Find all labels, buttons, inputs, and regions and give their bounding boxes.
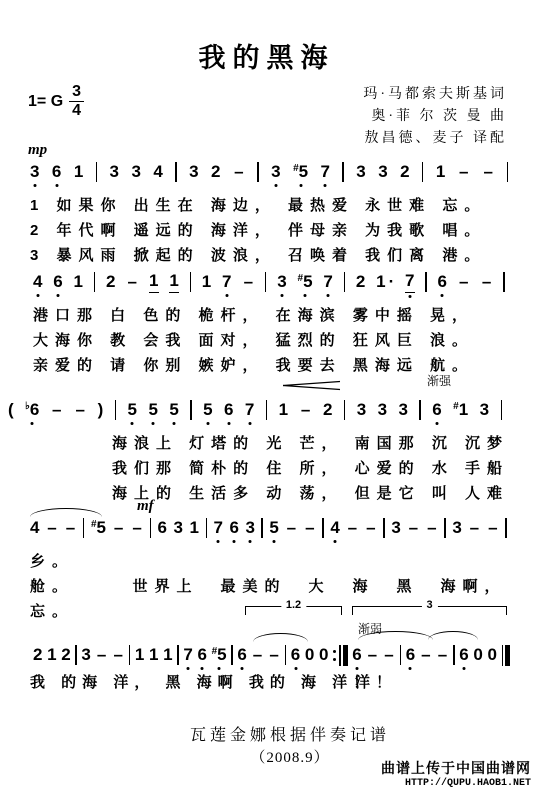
note-number: 1 bbox=[436, 162, 445, 182]
watermark-site-url: HTTP://QUPU.HAOB1.NET bbox=[381, 778, 531, 789]
barline bbox=[150, 518, 151, 538]
note-number: 6 bbox=[237, 645, 246, 665]
note: 3 bbox=[452, 518, 461, 538]
note-number: 1 bbox=[74, 272, 83, 292]
note-number: 3 bbox=[245, 518, 254, 538]
barline bbox=[507, 162, 508, 182]
note: 1 bbox=[74, 162, 83, 182]
lyrics-block: 港口那 白 色的 桅杆， 在海滨 雾中摇 晃，大海你 教 会我 面对， 猛烈的 … bbox=[33, 303, 505, 378]
note-number: 4 bbox=[33, 272, 42, 292]
barline bbox=[129, 645, 130, 665]
note: 4 bbox=[153, 162, 162, 182]
note: #5 bbox=[293, 162, 308, 182]
note-number: 5 bbox=[128, 400, 137, 420]
note: 6 bbox=[229, 518, 238, 538]
duration-dash: – bbox=[366, 645, 378, 665]
lyric-line: 1 如果你 出生在 海边， 最热爱 永世难 忘。 bbox=[30, 193, 508, 218]
barline bbox=[257, 162, 258, 182]
duration-dash: – bbox=[407, 518, 419, 538]
slur bbox=[428, 631, 478, 640]
note: 3 bbox=[30, 162, 39, 182]
note: 5 bbox=[148, 400, 157, 420]
repeat-barline-thick bbox=[343, 645, 348, 666]
duration-dash: – bbox=[112, 645, 124, 665]
notation-line: (♭6––)5555671–23336#13 bbox=[8, 396, 502, 424]
note-number: 2 bbox=[33, 645, 42, 665]
note-number: 5 bbox=[299, 162, 308, 182]
duration-dash: – bbox=[65, 518, 77, 538]
note: 3 bbox=[356, 162, 365, 182]
note-number: 4 bbox=[30, 518, 39, 538]
note-number: 3 bbox=[378, 400, 387, 420]
barline bbox=[285, 645, 286, 665]
lyric-line: 乡。 bbox=[30, 549, 507, 574]
note-number: 2 bbox=[211, 162, 220, 182]
note-number: 2 bbox=[323, 400, 332, 420]
note: 6 bbox=[352, 645, 361, 665]
dynamic-mp: mp bbox=[28, 142, 47, 159]
parenthesis: ( bbox=[8, 400, 14, 420]
duration-dash: – bbox=[487, 518, 499, 538]
notation-line: 36133432–3#573321–– bbox=[30, 158, 508, 186]
note-number: 1 bbox=[376, 272, 385, 292]
lyric-line: 舱。 世界上 最美的 大 海 黑 海啊， bbox=[30, 574, 507, 599]
note: 0 bbox=[473, 645, 482, 665]
notation-system-1: 36133432–3#573321–– 1 如果你 出生在 海边， 最热爱 永世… bbox=[30, 158, 508, 268]
barline bbox=[266, 400, 267, 420]
note-number: 7 bbox=[323, 272, 332, 292]
note-number: 3 bbox=[356, 162, 365, 182]
note: 0 bbox=[305, 645, 314, 665]
barline bbox=[177, 645, 178, 665]
barline bbox=[453, 645, 454, 665]
note: 0 bbox=[319, 645, 328, 665]
duration-dash: – bbox=[436, 645, 448, 665]
note-number: 7 bbox=[222, 272, 231, 292]
note: 6 bbox=[406, 645, 415, 665]
notation-system-3: (♭6––)5555671–23336#13 海浪上 灯塔的 光 芒， 南国那 … bbox=[8, 396, 502, 506]
duration-dash: – bbox=[251, 645, 263, 665]
barline bbox=[83, 518, 84, 538]
note-number: 2 bbox=[61, 645, 70, 665]
note: #1 bbox=[453, 400, 468, 420]
translator-credit: 敖昌德、麦子 译配 bbox=[363, 128, 507, 150]
note: 2 bbox=[356, 272, 365, 292]
barline bbox=[265, 272, 266, 292]
note-number: 6 bbox=[352, 645, 361, 665]
duration-dash: – bbox=[300, 400, 312, 420]
note-number: 6 bbox=[406, 645, 415, 665]
note: 7 bbox=[405, 271, 414, 293]
note-number: 2 bbox=[356, 272, 365, 292]
note: 3 bbox=[271, 162, 280, 182]
volta-label: 1.2 bbox=[281, 599, 306, 611]
barline bbox=[342, 162, 343, 182]
note-number: 5 bbox=[169, 400, 178, 420]
note: 0 bbox=[487, 645, 496, 665]
note-number: 1 bbox=[149, 645, 158, 665]
lyric-line: 大海你 教 会我 面对， 猛烈的 狂风巨 浪。 bbox=[33, 328, 505, 353]
duration-dash: – bbox=[46, 518, 58, 538]
note-number: 1 bbox=[135, 645, 144, 665]
note-number: 3 bbox=[277, 272, 286, 292]
note: 6 bbox=[53, 272, 62, 292]
note: 6 bbox=[432, 400, 441, 420]
note-number: 5 bbox=[148, 400, 157, 420]
note: 7 bbox=[222, 272, 231, 292]
lyric-line-ending: 洋！ bbox=[355, 671, 397, 692]
lyrics-block: 海浪上 灯塔的 光 芒， 南国那 沉 沉梦我们那 简朴的 住 所， 心爱的 水 … bbox=[112, 431, 502, 506]
note-number: 7 bbox=[213, 518, 222, 538]
lyric-line: 港口那 白 色的 桅杆， 在海滨 雾中摇 晃， bbox=[33, 303, 505, 328]
note: 7 bbox=[245, 400, 254, 420]
note: 6 bbox=[291, 645, 300, 665]
note-number: 7 bbox=[405, 271, 414, 293]
note-number: 6 bbox=[224, 400, 233, 420]
duration-dash: – bbox=[304, 518, 316, 538]
duration-dash: – bbox=[113, 518, 125, 538]
note-number: 5 bbox=[269, 518, 278, 538]
note-number: 3 bbox=[189, 162, 198, 182]
note: 1 bbox=[135, 645, 144, 665]
note: 6 bbox=[459, 645, 468, 665]
barline bbox=[190, 272, 191, 292]
note-number: 3 bbox=[30, 162, 39, 182]
note: 6 bbox=[237, 645, 246, 665]
note: 1 bbox=[169, 271, 178, 293]
duration-dash: – bbox=[481, 272, 493, 292]
barline bbox=[94, 272, 95, 292]
note: 2 bbox=[106, 272, 115, 292]
crescendo-hairpin-icon bbox=[283, 380, 341, 391]
note: 7 bbox=[183, 645, 192, 665]
note-number: 5 bbox=[203, 400, 212, 420]
note: 3 bbox=[110, 162, 119, 182]
barline bbox=[175, 162, 176, 182]
barline bbox=[190, 400, 191, 420]
note-number: 7 bbox=[245, 400, 254, 420]
note-number: 3 bbox=[271, 162, 280, 182]
note: 4 bbox=[30, 518, 39, 538]
note-number: 0 bbox=[487, 645, 496, 665]
note-number: 4 bbox=[153, 162, 162, 182]
duration-dash: – bbox=[242, 272, 254, 292]
barline bbox=[503, 272, 504, 292]
note-number: 4 bbox=[330, 518, 339, 538]
barline bbox=[231, 645, 232, 665]
note: 3 bbox=[131, 162, 140, 182]
sheet-music-page: 我的黑海 1= G 3 4 玛·马都索夫斯基词 奥·菲 尔 茨 曼 曲 敖昌德、… bbox=[0, 0, 533, 791]
note: 2 bbox=[61, 645, 70, 665]
note: 6 bbox=[224, 400, 233, 420]
notation-line: 2123––11176#56––6006––6––600 bbox=[33, 641, 510, 669]
note: 4 bbox=[330, 518, 339, 538]
note: 4 bbox=[33, 272, 42, 292]
note-number: 3 bbox=[110, 162, 119, 182]
sharp-icon: # bbox=[293, 163, 299, 174]
note-number: 1 bbox=[202, 272, 211, 292]
note-number: 1 bbox=[190, 518, 199, 538]
sharp-icon: # bbox=[453, 401, 459, 412]
note-number: 1 bbox=[47, 645, 56, 665]
note-number: 6 bbox=[30, 400, 39, 420]
meter-denominator: 4 bbox=[69, 102, 84, 119]
duration-dash: – bbox=[426, 518, 438, 538]
barline bbox=[400, 645, 401, 665]
lyric-line: 海上的 生活多 动 荡， 但是它 叫 人难 bbox=[112, 481, 502, 506]
note: 3 bbox=[277, 272, 286, 292]
sharp-icon: # bbox=[212, 646, 218, 657]
note: 7 bbox=[213, 518, 222, 538]
duration-dash: – bbox=[285, 518, 297, 538]
notation-system-2: 4612–1117–3#5721·76–– 港口那 白 色的 桅杆， 在海滨 雾… bbox=[33, 268, 505, 378]
parenthesis: ) bbox=[98, 400, 104, 420]
note: 5 bbox=[169, 400, 178, 420]
barline bbox=[505, 518, 506, 538]
barline bbox=[96, 162, 97, 182]
note: 6 bbox=[158, 518, 167, 538]
duration-dash: – bbox=[383, 645, 395, 665]
note: 1 bbox=[163, 645, 172, 665]
barline bbox=[75, 645, 76, 665]
note-number: 0 bbox=[305, 645, 314, 665]
duration-dash: – bbox=[126, 272, 138, 292]
note-number: 2 bbox=[106, 272, 115, 292]
repeat-barline-thin bbox=[339, 645, 340, 666]
note-number: 3 bbox=[81, 645, 90, 665]
note-number: 5 bbox=[97, 518, 106, 538]
note: 5 bbox=[269, 518, 278, 538]
duration-dash: – bbox=[233, 162, 245, 182]
augmentation-dot: · bbox=[389, 272, 395, 292]
note-number: 1 bbox=[74, 162, 83, 182]
note: ♭6 bbox=[25, 400, 39, 420]
repeat-dots bbox=[333, 650, 336, 661]
repeat-barline bbox=[333, 645, 347, 666]
note: 7 bbox=[323, 272, 332, 292]
barline bbox=[206, 518, 207, 538]
time-signature: 3 4 bbox=[69, 84, 84, 119]
transcription-note: 瓦莲金娜根据伴奏记谱 bbox=[150, 722, 430, 745]
duration-dash: – bbox=[96, 645, 108, 665]
note: #5 bbox=[91, 518, 106, 538]
note: 3 bbox=[378, 400, 387, 420]
duration-dash: – bbox=[458, 272, 470, 292]
note-number: 6 bbox=[158, 518, 167, 538]
duration-dash: – bbox=[346, 518, 358, 538]
sharp-icon: # bbox=[298, 273, 304, 284]
note-number: 6 bbox=[437, 272, 446, 292]
note-number: 1 bbox=[169, 271, 178, 293]
barline bbox=[422, 162, 423, 182]
duration-dash: – bbox=[131, 518, 143, 538]
note-number: 6 bbox=[291, 645, 300, 665]
barline bbox=[444, 518, 445, 538]
note: 5 bbox=[128, 400, 137, 420]
duration-dash: – bbox=[482, 162, 494, 182]
note: #5 bbox=[212, 645, 227, 665]
final-barline bbox=[502, 645, 510, 666]
key-prefix: 1= G bbox=[28, 93, 63, 111]
song-title: 我的黑海 bbox=[0, 36, 533, 75]
note-number: 3 bbox=[391, 518, 400, 538]
note-number: 1 bbox=[149, 271, 158, 293]
note: 6 bbox=[52, 162, 61, 182]
barline bbox=[115, 400, 116, 420]
note: 5 bbox=[203, 400, 212, 420]
final-barline-thick bbox=[505, 645, 510, 666]
volta-label: 3 bbox=[421, 599, 437, 611]
note: #5 bbox=[298, 272, 313, 292]
note: 1 bbox=[436, 162, 445, 182]
note-number: 0 bbox=[473, 645, 482, 665]
note: 3 bbox=[399, 400, 408, 420]
note: 3 bbox=[480, 400, 489, 420]
note-number: 3 bbox=[378, 162, 387, 182]
credits: 玛·马都索夫斯基词 奥·菲 尔 茨 曼 曲 敖昌德、麦子 译配 bbox=[363, 84, 507, 150]
duration-dash: – bbox=[365, 518, 377, 538]
note-number: 6 bbox=[197, 645, 206, 665]
lyric-line: 亲爱的 请 你别 嫉妒， 我要去 黑海远 航。 bbox=[33, 353, 505, 378]
barline bbox=[344, 272, 345, 292]
note: 1 bbox=[47, 645, 56, 665]
note: 2 bbox=[211, 162, 220, 182]
note-number: 6 bbox=[459, 645, 468, 665]
duration-dash: – bbox=[420, 645, 432, 665]
note: 2 bbox=[323, 400, 332, 420]
note-number: 1 bbox=[459, 400, 468, 420]
watermark: 曲谱上传于中国曲谱网 HTTP://QUPU.HAOB1.NET bbox=[381, 758, 531, 789]
final-barline-thin bbox=[502, 645, 503, 666]
note: 7 bbox=[321, 162, 330, 182]
note-number: 3 bbox=[480, 400, 489, 420]
note: 1 bbox=[149, 645, 158, 665]
note-number: 6 bbox=[52, 162, 61, 182]
note: 3 bbox=[189, 162, 198, 182]
barline bbox=[383, 518, 384, 538]
note: 1 bbox=[279, 400, 288, 420]
note-number: 3 bbox=[452, 518, 461, 538]
barline bbox=[322, 518, 323, 538]
note-number: 0 bbox=[319, 645, 328, 665]
note-number: 6 bbox=[432, 400, 441, 420]
watermark-site-name: 曲谱上传于中国曲谱网 bbox=[381, 758, 531, 778]
lyric-line: 我们那 简朴的 住 所， 心爱的 水 手船 bbox=[112, 456, 502, 481]
sharp-icon: # bbox=[91, 519, 97, 530]
note: 1 bbox=[202, 272, 211, 292]
lyric-line: 海浪上 灯塔的 光 芒， 南国那 沉 沉梦 bbox=[112, 431, 502, 456]
note: 3 bbox=[174, 518, 183, 538]
notation-line: 4––#5––6317635––4––3––3–– bbox=[30, 514, 507, 542]
volta-bracket-1-2: 1.2 bbox=[245, 606, 342, 615]
note: 1· bbox=[376, 272, 394, 292]
barline bbox=[425, 272, 426, 292]
note: 6 bbox=[437, 272, 446, 292]
note: 6 bbox=[197, 645, 206, 665]
note-number: 1 bbox=[279, 400, 288, 420]
barline bbox=[419, 400, 420, 420]
note-number: 5 bbox=[217, 645, 226, 665]
barline bbox=[261, 518, 262, 538]
note-number: 6 bbox=[229, 518, 238, 538]
lyric-line: 我 的海 洋， 黑 海啊 我的 海 洋！ bbox=[30, 671, 374, 692]
duration-dash: – bbox=[268, 645, 280, 665]
note: 3 bbox=[357, 400, 366, 420]
meter-numerator: 3 bbox=[69, 84, 84, 102]
note-number: 7 bbox=[321, 162, 330, 182]
note: 3 bbox=[81, 645, 90, 665]
note-number: 3 bbox=[357, 400, 366, 420]
duration-dash: – bbox=[468, 518, 480, 538]
note: 3 bbox=[245, 518, 254, 538]
duration-dash: – bbox=[51, 400, 63, 420]
note: 2 bbox=[33, 645, 42, 665]
lyric-line: 2 年代啊 遥远的 海洋， 伴母亲 为我歌 唱。 bbox=[30, 218, 508, 243]
barline bbox=[344, 400, 345, 420]
note: 3 bbox=[378, 162, 387, 182]
lyricist-credit: 玛·马都索夫斯基词 bbox=[363, 84, 507, 106]
lyrics-block: 1 如果你 出生在 海边， 最热爱 永世难 忘。2 年代啊 遥远的 海洋， 伴母… bbox=[30, 193, 508, 268]
duration-dash: – bbox=[458, 162, 470, 182]
key-signature: 1= G 3 4 bbox=[28, 84, 84, 119]
note-number: 3 bbox=[399, 400, 408, 420]
note-number: 3 bbox=[174, 518, 183, 538]
note: 2 bbox=[400, 162, 409, 182]
volta-bracket-3: 3 bbox=[352, 606, 507, 615]
note: 1 bbox=[190, 518, 199, 538]
duration-dash: – bbox=[74, 400, 86, 420]
note-number: 7 bbox=[183, 645, 192, 665]
note: 1 bbox=[74, 272, 83, 292]
note: 3 bbox=[391, 518, 400, 538]
note-number: 6 bbox=[53, 272, 62, 292]
composer-credit: 奥·菲 尔 茨 曼 曲 bbox=[363, 106, 507, 128]
note-number: 1 bbox=[163, 645, 172, 665]
note: 1 bbox=[149, 271, 158, 293]
lyric-line: 3 暴风雨 掀起的 波浪， 召唤着 我们离 港。 bbox=[30, 243, 508, 268]
note-number: 5 bbox=[303, 272, 312, 292]
note-number: 3 bbox=[131, 162, 140, 182]
note-number: 2 bbox=[400, 162, 409, 182]
notation-system-5: 2123––11176#56––6006––6––600 bbox=[33, 641, 510, 669]
notation-line: 4612–1117–3#5721·76–– bbox=[33, 268, 505, 296]
barline bbox=[501, 400, 502, 420]
flat-icon: ♭ bbox=[25, 401, 30, 412]
